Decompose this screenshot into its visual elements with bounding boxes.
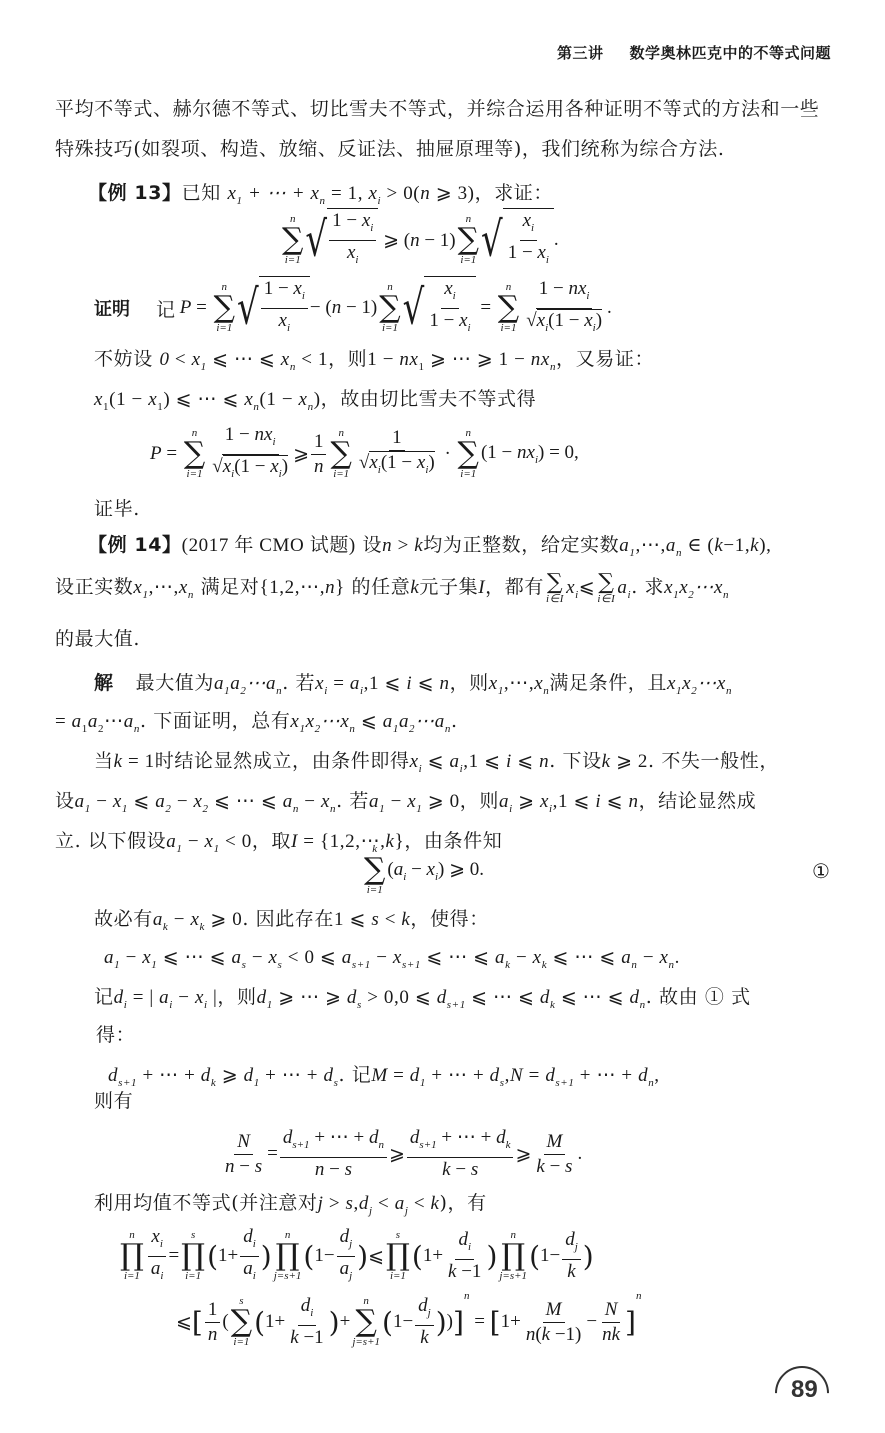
equation-1-tag: ① bbox=[812, 856, 831, 886]
solution-label: 解 bbox=[94, 672, 114, 694]
intro-line-2: 特殊技巧(如裂项、构造、放缩、反证法、抽屉原理等)，我们统称为综合方法. bbox=[55, 134, 724, 164]
equation-1: k∑i=1 (ai − xi) ⩾ 0. bbox=[362, 842, 484, 898]
difference-chain: a1 − x1 ⩽ ⋯ ⩽ as − xs < 0 ⩽ as+1 − xs+1 … bbox=[104, 942, 680, 980]
chapter-title: 数学奥林匹克中的不等式问题 bbox=[630, 44, 832, 62]
example-13-condition: x1 + ⋯ + xn = 1, xi > 0(n ⩾ 3) bbox=[228, 183, 475, 204]
paragraph-4-line-4: 则有 bbox=[94, 1086, 133, 1116]
solution-line-2: = a1a2⋯an. 下面证明，总有x1x2⋯xn ⩽ a1a2⋯an. bbox=[55, 706, 458, 744]
page-number-badge: 89 bbox=[775, 1366, 831, 1433]
intro-line-1: 平均不等式、赫尔德不等式、切比雪夫不等式，并综合运用各种证明不等式的方法和一些 bbox=[55, 94, 819, 124]
proof-final-equation: P = n∑i=1 1 − nxi√xi(1 − xi) ⩾ 1n n∑i=1 … bbox=[150, 422, 579, 486]
ratio-equation: Nn − s = ds+1 + ⋯ + dnn − s ⩾ ds+1 + ⋯ +… bbox=[220, 1122, 582, 1186]
sum-symbol: n∑i=1 bbox=[282, 214, 303, 266]
paragraph-4-line-1: 记di = | ai − xi |，则d1 ⩾ ⋯ ⩾ ds > 0,0 ⩽ d… bbox=[94, 982, 751, 1020]
paragraph-3-line-1: 故必有ak − xk ⩾ 0. 因此存在1 ⩽ s < k，使得： bbox=[94, 904, 489, 942]
paragraph-4-line-2: 得： bbox=[96, 1020, 135, 1050]
solution-line-1: 解最大值为a1a2⋯an. 若xi = ai,1 ⩽ i ⩽ n，则x1,⋯,x… bbox=[94, 668, 732, 706]
proof-assumption: 不妨设 0 < x1 ⩽ ⋯ ⩽ xn < 1，则1 − nx1 ⩾ ⋯ ⩾ 1… bbox=[94, 344, 654, 382]
paragraph-5-line-1: 利用均值不等式(并注意对j > s,dj < aj < k)，有 bbox=[94, 1188, 487, 1226]
example-13-label: 【例 13】 bbox=[88, 182, 182, 204]
product-equation-2: ⩽[ 1n( s∑i=1 (1+dik −1)+ n∑j=s+1 (1−djk)… bbox=[176, 1290, 641, 1354]
paragraph-4-line-3: ds+1 + ⋯ + dk ⩾ d1 + ⋯ + ds. 记M = d1 + ⋯… bbox=[108, 1060, 660, 1098]
paragraph-2-line-2: 设a1 − x1 ⩽ a2 − x2 ⩽ ⋯ ⩽ an − xn. 若a1 − … bbox=[55, 786, 756, 824]
example-14-line-1: 【例 14】(2017 年 CMO 试题) 设n > k均为正整数，给定实数a1… bbox=[88, 530, 772, 568]
proof-chebyshev-line: x1(1 − x1) ⩽ ⋯ ⩽ xn(1 − xn)，故由切比雪夫不等式得 bbox=[94, 384, 536, 422]
example-14-label: 【例 14】 bbox=[88, 534, 182, 556]
chapter-label: 第三讲 bbox=[557, 44, 604, 62]
example-14-line-2: 设正实数x1,⋯,xn 满足对{1,2,⋯,n} 的任意k元子集I，都有∑i∈I… bbox=[55, 572, 729, 610]
running-header: 第三讲数学奥林匹克中的不等式问题 bbox=[557, 42, 831, 63]
product-equation-1: n∏i=1 xiai = s∏i=1 (1+diai) n∏j=s+1 (1−d… bbox=[118, 1224, 594, 1288]
page-number: 89 bbox=[791, 1376, 818, 1404]
proof-label: 证明 bbox=[94, 295, 130, 321]
proof-definition: 证明 记 P = n∑i=1 √1 − xixi − (n − 1) n∑i=1… bbox=[94, 278, 612, 338]
example-14-line-3: 的最大值. bbox=[55, 624, 140, 654]
paragraph-2-line-1: 当k = 1时结论显然成立，由条件即得xi ⩽ ai,1 ⩽ i ⩽ n. 下设… bbox=[94, 746, 779, 784]
example-13-inequality: n∑i=1 √1 − xixi ⩾ (n − 1) n∑i=1 √xi1 − x… bbox=[280, 210, 559, 270]
proof-qed: 证毕. bbox=[94, 494, 140, 524]
